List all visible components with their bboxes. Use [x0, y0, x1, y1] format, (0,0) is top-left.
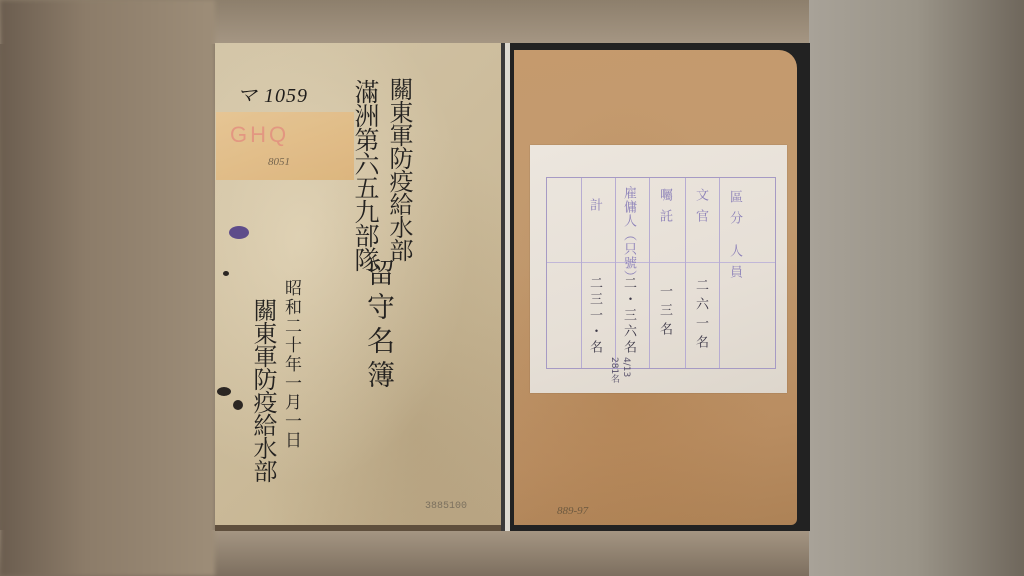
value-civil-officials: 二六一名 [691, 278, 710, 354]
column-label-category: 區分 人員 [725, 190, 744, 286]
left-cover: マ 1059 GHQ 8051 關東軍防疫給水部 滿洲第六五九部隊 留守名簿 昭… [215, 43, 505, 531]
background-right-blur [809, 0, 1024, 576]
column-label-total: 計 [585, 198, 604, 219]
unit-title: 關東軍防疫給水部 [387, 77, 411, 261]
issuer-name: 關東軍防疫給水部 [251, 298, 275, 482]
value-employees: 二・三六名 [619, 276, 638, 356]
stain-mark [233, 400, 243, 410]
ghq-label-sticker: GHQ 8051 [216, 112, 354, 180]
document-date: 昭和二十年一月一日 [282, 279, 299, 450]
document-photo: マ 1059 GHQ 8051 關東軍防疫給水部 滿洲第六五九部隊 留守名簿 昭… [215, 43, 810, 531]
stain-mark [217, 387, 231, 396]
unit-code: 滿洲第六五九部隊 [353, 79, 378, 271]
ghq-stamp: GHQ [230, 122, 289, 148]
handwritten-note: 4/13 281名 [608, 357, 631, 393]
archive-number-left: 3885100 [425, 501, 467, 512]
tally-slip: 區分 人員 文官 囑託 雇傭人（只號） 計 二六一名 一三名 二・三六名 二三一… [530, 145, 787, 393]
right-cover: 區分 人員 文官 囑託 雇傭人（只號） 計 二六一名 一三名 二・三六名 二三一… [510, 43, 810, 531]
catalog-number: マ 1059 [237, 79, 308, 108]
column-label-contractors: 囑託 [655, 188, 674, 230]
cover-bottom-edge [215, 525, 501, 531]
document-title: 留守名簿 [365, 258, 393, 394]
background-left-blur [0, 0, 215, 576]
column-label-civil-officials: 文官 [691, 188, 710, 230]
label-number: 8051 [268, 156, 290, 168]
ink-blot [229, 226, 249, 239]
value-contractors: 一三名 [655, 284, 674, 341]
archive-number-right: 889-97 [557, 505, 588, 517]
value-total: 二三一・名 [585, 276, 604, 356]
tally-table: 區分 人員 文官 囑託 雇傭人（只號） 計 二六一名 一三名 二・三六名 二三一… [546, 177, 776, 369]
inner-cover-board: 區分 人員 文官 囑託 雇傭人（只號） 計 二六一名 一三名 二・三六名 二三一… [514, 50, 797, 525]
stain-mark [223, 271, 229, 276]
column-label-employees: 雇傭人（只號） [619, 186, 638, 284]
